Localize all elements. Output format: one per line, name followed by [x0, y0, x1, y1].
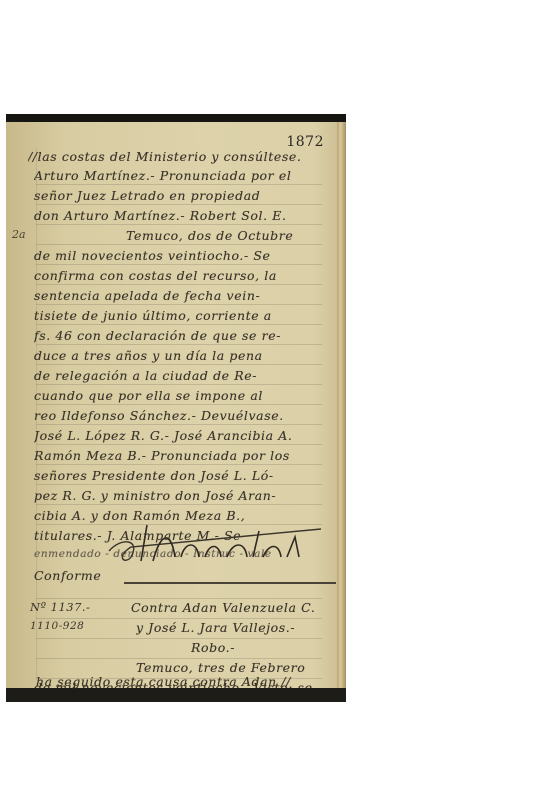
text-line: ha seguido esta causa contra Adan //	[36, 674, 331, 694]
text-line: de relegación a la ciudad de Re-	[34, 368, 324, 388]
text-line: de mil novecientos veintiocho.- Se	[34, 248, 324, 268]
text-line: Arturo Martínez.- Pronunciada por el	[34, 168, 324, 188]
ruled-line	[36, 598, 322, 599]
text-line: //las costas del Ministerio y consúltese…	[28, 149, 318, 169]
page-number: 1872	[286, 134, 324, 150]
text-line: sentencia apelada de fecha vein-	[34, 288, 324, 308]
book-gutter	[337, 122, 346, 690]
text-line: Conforme	[34, 568, 104, 588]
text-line: tisiete de junio último, corriente a	[34, 308, 324, 328]
text-line: Temuco, dos de Octubre	[126, 228, 326, 248]
text-line: fs. 46 con declaración de que se re-	[34, 328, 324, 348]
text-line: don Arturo Martínez.- Robert Sol. E.	[34, 208, 324, 228]
text-line: reo Ildefonso Sánchez.- Devuélvase.	[34, 408, 324, 428]
parties-line: y José L. Jara Vallejos.-	[136, 620, 326, 640]
margin-note: 2a	[12, 228, 26, 241]
subject-line: Robo.-	[191, 640, 291, 660]
register-page: 1872 //las costas del Ministerio y consú…	[6, 122, 340, 690]
case-reference: 1110-928	[30, 620, 84, 632]
text-line: duce a tres años y un día la pena	[34, 348, 324, 368]
signature-underline	[124, 582, 336, 584]
text-line: Ramón Meza B.- Pronunciada por los	[34, 448, 324, 468]
parties-line: Contra Adan Valenzuela C.	[131, 600, 326, 620]
text-line: cuando que por ella se impone al	[34, 388, 324, 408]
case-number: Nº 1137.-	[30, 600, 90, 614]
text-line: señor Juez Letrado en propiedad	[34, 188, 324, 208]
text-line: José L. López R. G.- José Arancibia A.	[34, 428, 324, 448]
text-line: pez R. G. y ministro don José Aran-	[34, 488, 324, 508]
text-line: confirma con costas del recurso, la	[34, 268, 324, 288]
scanned-page: 1872 //las costas del Ministerio y consú…	[6, 114, 346, 702]
text-line: señores Presidente don José L. Ló-	[34, 468, 324, 488]
